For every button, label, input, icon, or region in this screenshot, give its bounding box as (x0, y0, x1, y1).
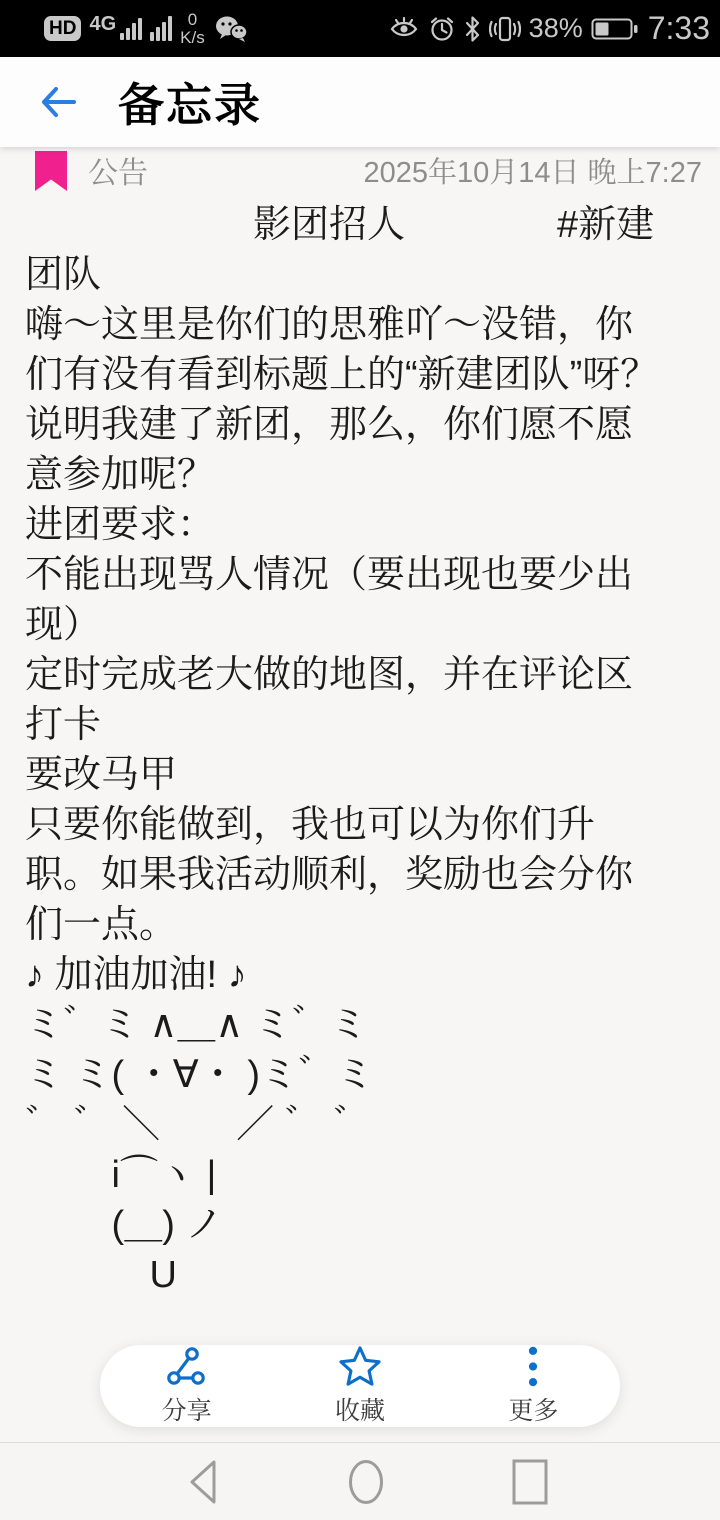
phone-screen: HD 4G 0 K/s (0, 0, 720, 1520)
app-header: 备忘录 (0, 57, 720, 147)
vibrate-icon (489, 15, 521, 43)
status-right-group: 38% 7:33 (388, 10, 710, 47)
system-navbar (0, 1442, 720, 1520)
more-dots-icon (526, 1345, 540, 1388)
back-button[interactable] (34, 74, 82, 130)
signal-bars-sim1-icon (120, 18, 142, 40)
share-button[interactable]: 分享 (100, 1345, 273, 1427)
star-icon (337, 1345, 383, 1388)
favorite-button-label: 收藏 (335, 1391, 385, 1427)
network-speed-value: 0 (188, 11, 197, 29)
nav-recents-icon (510, 1458, 550, 1506)
network-speed: 0 K/s (180, 11, 205, 47)
note-category-label: 公告 (88, 148, 148, 192)
nav-recents-button[interactable] (500, 1443, 560, 1520)
clock-label: 7:33 (648, 10, 710, 47)
nav-home-icon (345, 1458, 387, 1506)
alarm-icon (428, 15, 456, 43)
back-arrow-icon (36, 80, 80, 124)
bluetooth-icon (464, 15, 481, 43)
bookmark-icon (34, 151, 68, 192)
hd-badge: HD (44, 16, 81, 41)
more-button-label: 更多 (508, 1391, 558, 1427)
note-body[interactable]: 影团招人 #新建 团队 嗨～这里是你们的思雅吖～没错，你 们有没有看到标题上的“… (25, 200, 701, 1300)
battery-icon (591, 16, 638, 42)
note-datetime-label: 2025年10月14日 晚上7:27 (363, 150, 702, 191)
eye-comfort-icon (388, 16, 420, 42)
network-speed-unit: K/s (180, 29, 205, 47)
wechat-icon (213, 14, 249, 44)
nav-back-icon (187, 1458, 217, 1506)
share-icon (165, 1346, 209, 1388)
battery-percent-label: 38% (529, 13, 583, 44)
status-bar: HD 4G 0 K/s (0, 0, 720, 57)
note-meta-row: 公告 2025年10月14日 晚上7:27 (0, 147, 720, 193)
nav-back-button[interactable] (172, 1443, 232, 1520)
share-button-label: 分享 (162, 1391, 212, 1427)
page-title: 备忘录 (118, 69, 262, 135)
bottom-toolbar: 分享 收藏 更多 (100, 1345, 620, 1427)
signal-bars-sim2-icon (150, 16, 172, 41)
nav-home-button[interactable] (336, 1443, 396, 1520)
status-left-group: HD 4G 0 K/s (44, 11, 249, 47)
more-button[interactable]: 更多 (447, 1345, 620, 1427)
network-type-label: 4G (89, 14, 116, 34)
favorite-button[interactable]: 收藏 (273, 1345, 446, 1427)
